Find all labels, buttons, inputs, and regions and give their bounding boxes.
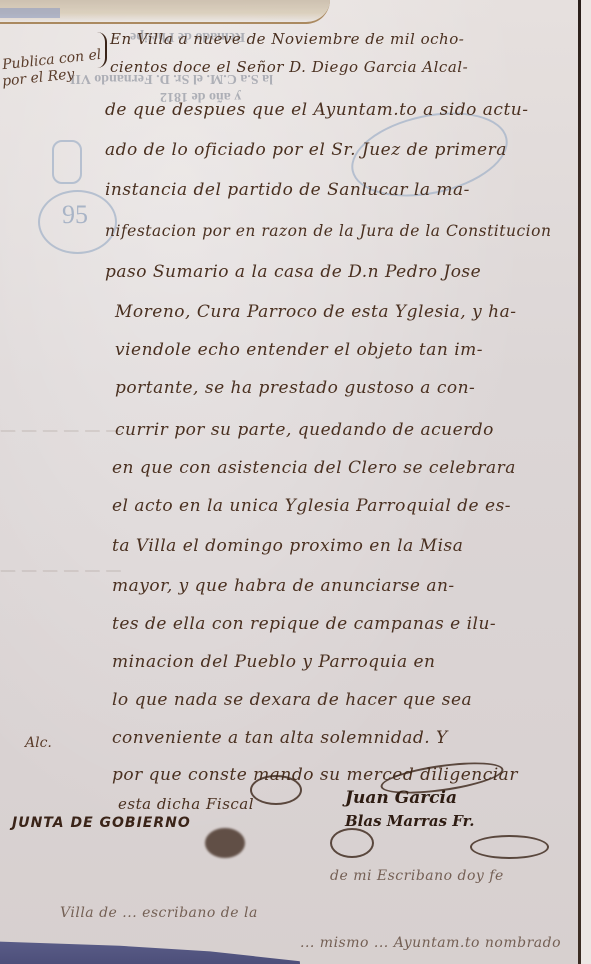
folio-number: 95 (62, 200, 88, 230)
rubric-flourish-left (250, 775, 302, 805)
body-line-4: ado de lo oficiado por el Sr. Juez de pr… (105, 140, 507, 160)
bleed-through-text: — — — — — — (0, 560, 121, 579)
body-line-6: nifestacion por en razon de la Jura de l… (105, 222, 551, 240)
body-line-15: mayor, y que habra de anunciarse an- (112, 576, 455, 596)
body-line-13: el acto en la unica Yglesia Parroquial d… (112, 496, 511, 516)
margin-note-left: Alc. (25, 735, 52, 751)
bleed-through-text: — — — — — — (0, 420, 121, 439)
scan-background-bottom (0, 936, 300, 964)
signature-blas-marras: Blas Marras Fr. (345, 812, 474, 830)
body-line-1: En Villa a nueve de Noviembre de mil och… (110, 30, 464, 48)
body-line-19: conveniente a tan alta solemnidad. Y (112, 728, 448, 748)
body-line-17: minacion del Pueblo y Parroquia en (112, 652, 436, 672)
bottom-line-3: ... mismo ... Ayuntam.to nombrado (300, 935, 561, 951)
body-line-5: instancia del partido de Sanlucar la ma- (105, 180, 470, 200)
ink-blot (205, 828, 245, 858)
body-line-16: tes de ella con repique de campanas e il… (112, 614, 496, 634)
rubric-flourish-loop (330, 828, 374, 858)
bottom-left-ink-stamp: JUNTA DE GOBIERNO (12, 815, 191, 831)
scan-margin (581, 0, 591, 964)
body-line-8: Moreno, Cura Parroco de esta Yglesia, y … (115, 302, 516, 322)
body-line-7: paso Sumario a la casa de D.n Pedro Jose (105, 262, 481, 282)
body-line-3: de que despues que el Ayuntam.to a sido … (105, 100, 528, 120)
margin-bracket (95, 32, 107, 68)
background-scan-edge (0, 8, 60, 18)
body-line-21: esta dicha Fiscal (118, 795, 254, 813)
body-line-18: lo que nada se dexara de hacer que sea (112, 690, 472, 710)
rubric-flourish-right (470, 835, 549, 859)
body-line-12: en que con asistencia del Clero se celeb… (112, 458, 516, 478)
body-line-11: currir por su parte, quedando de acuerdo (115, 420, 494, 440)
bottom-line-2: Villa de ... escribano de la (60, 905, 258, 921)
manuscript-page: Reinado de Phelipe la S.a C.M. el Sr. D.… (0, 0, 591, 964)
body-line-14: ta Villa el domingo proximo en la Misa (112, 536, 463, 556)
body-line-10: portante, se ha prestado gustoso a con- (115, 378, 475, 398)
body-line-2: cientos doce el Señor D. Diego Garcia Al… (110, 58, 468, 76)
body-line-9: viendole echo entender el objeto tan im- (115, 340, 483, 360)
seal-top-loop (52, 140, 82, 184)
bottom-line-1: de mi Escribano doy fe (330, 868, 504, 884)
